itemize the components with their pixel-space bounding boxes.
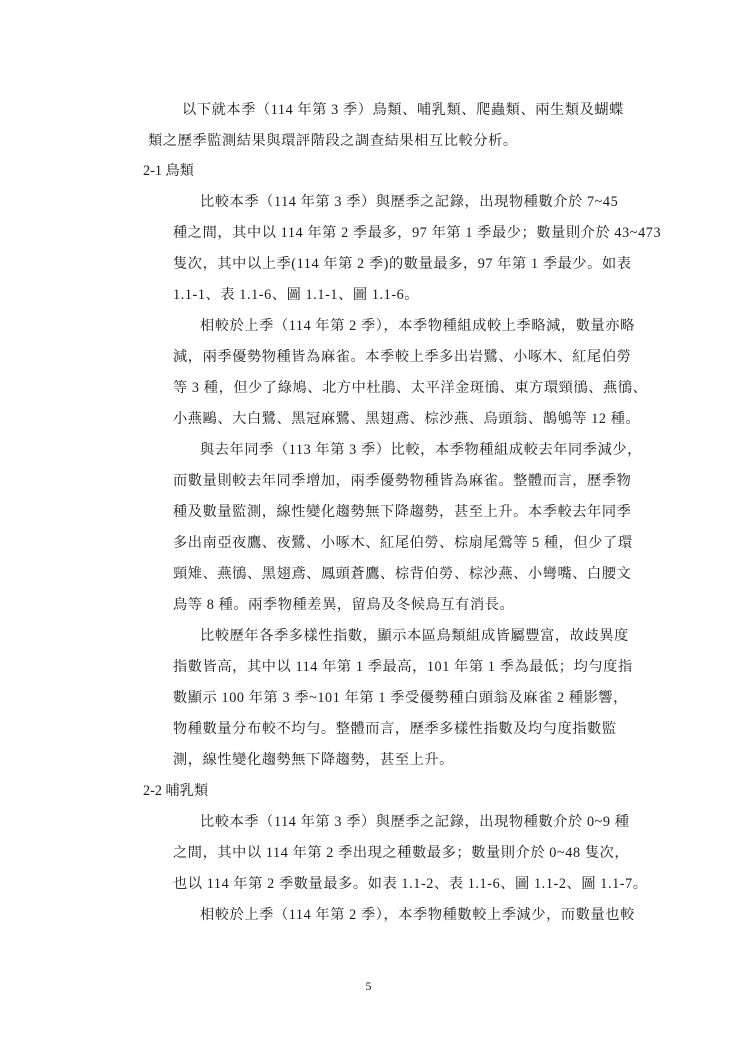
text-line: 物種數量分布較不均勻。整體而言，歷季多樣性指數及均勻度指數監 [173,719,617,739]
section-heading-birds: 2-1 鳥類 [143,161,194,181]
text-line: 與去年同季（113 年第 3 季）比較，本季物種組成較去年同季減少， [200,440,642,460]
text-line: 而數量則較去年同季增加，兩季優勢物種皆為麻雀。整體而言，歷季物 [173,471,631,491]
text-line: 指數皆高，其中以 114 年第 1 季最高，101 年第 1 季為最低；均勻度指 [173,657,633,677]
text-line: 小燕鷗、大白鷺、黑冠麻鷺、黑翅鳶、棕沙燕、烏頭翁、鵲鴝等 12 種。 [173,409,640,429]
text-line: 數顯示 100 年第 3 季~101 年第 1 季受優勢種白頭翁及麻雀 2 種影… [173,688,628,708]
text-line: 之間，其中以 114 年第 2 季出現之種數最多；數量則介於 0~48 隻次， [173,843,629,863]
text-line: 頸雉、燕鴴、黑翅鳶、鳳頭蒼鷹、棕背伯勞、棕沙燕、小彎嘴、白腰文 [173,564,631,584]
text-line: 鳥等 8 種。兩季物種差異，留鳥及冬候鳥互有消長。 [173,595,514,615]
text-line: 測，線性變化趨勢無下降趨勢，甚至上升。 [173,750,454,770]
section-heading-mammals: 2-2 哺乳類 [143,781,208,801]
text-line: 以下就本季（114 年第 3 季）鳥類、哺乳類、爬蟲類、兩生類及蝴蝶 [182,100,624,120]
text-line: 相較於上季（114 年第 2 季），本季物種數較上季減少，而數量也較 [200,905,635,925]
text-line: 類之歷季監測結果與環評階段之調查結果相互比較分析。 [148,131,518,151]
text-line: 等 3 種，但少了綠鳩、北方中杜鵑、太平洋金斑鴴、東方環頸鴴、燕鴴、 [173,378,647,398]
text-line: 相較於上季（114 年第 2 季），本季物種組成較上季略減，數量亦略 [200,316,635,336]
text-line: 比較本季（114 年第 3 季）與歷季之記錄，出現物種數介於 7~45 [200,192,618,212]
page-number: 5 [0,978,737,994]
text-line: 也以 114 年第 2 季數量最多。如表 1.1-2、表 1.1-6、圖 1.1… [173,874,648,894]
text-line: 隻次，其中以上季(114 年第 2 季)的數量最多，97 年第 1 季最少。如表 [173,254,632,274]
text-line: 減，兩季優勢物種皆為麻雀。本季較上季多出岩鷺、小啄木、紅尾伯勞 [173,347,631,367]
document-page: 以下就本季（114 年第 3 季）鳥類、哺乳類、爬蟲類、兩生類及蝴蝶 類之歷季監… [0,0,737,1042]
text-line: 比較本季（114 年第 3 季）與歷季之記錄，出現物種數介於 0~9 種 [200,812,630,832]
text-line: 種及數量監測，線性變化趨勢無下降趨勢，甚至上升。本季較去年同季 [173,502,631,522]
text-line: 比較歷年各季多樣性指數，顯示本區鳥類組成皆屬豐富，故歧異度 [200,626,629,646]
text-line: 1.1-1、表 1.1-6、圖 1.1-1、圖 1.1-6。 [173,285,419,305]
text-line: 種之間，其中以 114 年第 2 季最多，97 年第 1 季最少；數量則介於 4… [173,223,661,243]
text-line: 多出南亞夜鷹、夜鷺、小啄木、紅尾伯勞、棕扇尾鶯等 5 種，但少了環 [173,533,633,553]
